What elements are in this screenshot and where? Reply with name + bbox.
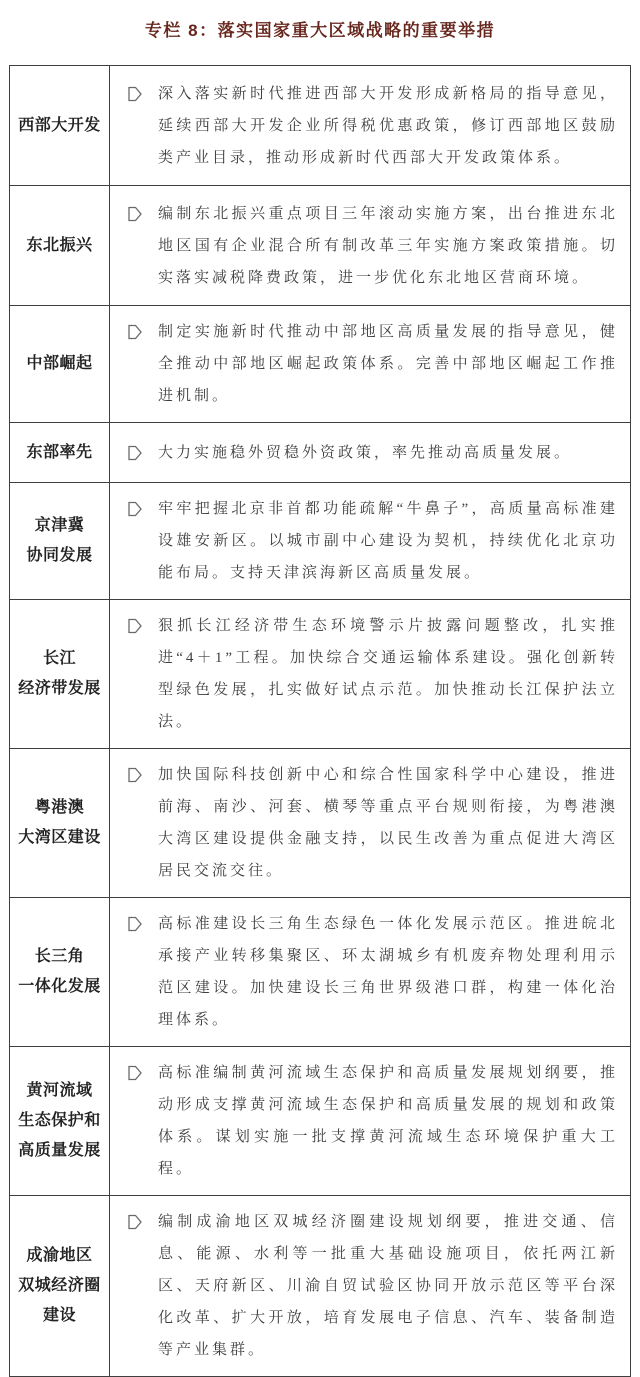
document-page: 专栏 8：落实国家重大区域战略的重要举措 西部大开发 深入落实新时代推进西部大开… [0, 0, 640, 1377]
region-label: 东北振兴 [10, 186, 110, 306]
measure-item: 高标准编制黄河流域生态保护和高质量发展规划纲要，推动形成支撑黄河流域生态保护和高… [120, 1057, 618, 1185]
measure-text: 狠抓长江经济带生态环境警示片披露问题整改，扎实推进“4＋1”工程。加快综合交通运… [158, 610, 618, 738]
measure-item: 制定实施新时代推动中部地区高质量发展的指导意见，健全推动中部地区崛起政策体系。完… [120, 316, 618, 412]
measure-text: 编制成渝地区双城经济圈建设规划纲要，推进交通、信息、能源、水利等一批重大基础设施… [158, 1206, 618, 1366]
table-row: 黄河流域 生态保护和 高质量发展 高标准编制黄河流域生态保护和高质量发展规划纲要… [10, 1047, 631, 1196]
measure-text: 编制东北振兴重点项目三年滚动实施方案，出台推进东北地区国有企业混合所有制改革三年… [158, 198, 618, 294]
region-label: 长三角 一体化发展 [10, 898, 110, 1047]
region-label: 成渝地区 双城经济圈 建设 [10, 1196, 110, 1377]
table-row: 东北振兴 编制东北振兴重点项目三年滚动实施方案，出台推进东北地区国有企业混合所有… [10, 186, 631, 306]
table-row: 中部崛起 制定实施新时代推动中部地区高质量发展的指导意见，健全推动中部地区崛起政… [10, 306, 631, 423]
pentagon-arrow-bullet-icon [128, 445, 142, 461]
page-title: 专栏 8：落实国家重大区域战略的重要举措 [0, 16, 640, 41]
measure-item: 编制东北振兴重点项目三年滚动实施方案，出台推进东北地区国有企业混合所有制改革三年… [120, 198, 618, 294]
region-label: 中部崛起 [10, 306, 110, 423]
table-row: 京津冀 协同发展 牢牢把握北京非首都功能疏解“牛鼻子”，高质量高标准建设雄安新区… [10, 483, 631, 600]
measure-text: 深入落实新时代推进西部大开发形成新格局的指导意见，延续西部大开发企业所得税优惠政… [158, 78, 618, 174]
measure-item: 大力实施稳外贸稳外资政策，率先推动高质量发展。 [120, 437, 618, 469]
measure-text: 大力实施稳外贸稳外资政策，率先推动高质量发展。 [158, 437, 618, 469]
table-row: 西部大开发 深入落实新时代推进西部大开发形成新格局的指导意见，延续西部大开发企业… [10, 66, 631, 186]
measure-text: 制定实施新时代推动中部地区高质量发展的指导意见，健全推动中部地区崛起政策体系。完… [158, 316, 618, 412]
pentagon-arrow-bullet-icon [128, 324, 142, 340]
pentagon-arrow-bullet-icon [128, 501, 142, 517]
pentagon-arrow-bullet-icon [128, 86, 142, 102]
measure-text: 高标准建设长三角生态绿色一体化发展示范区。推进皖北承接产业转移集聚区、环太湖城乡… [158, 908, 618, 1036]
measure-item: 加快国际科技创新中心和综合性国家科学中心建设，推进前海、南沙、河套、横琴等重点平… [120, 759, 618, 887]
table-row: 粤港澳 大湾区建设 加快国际科技创新中心和综合性国家科学中心建设，推进前海、南沙… [10, 749, 631, 898]
region-label: 西部大开发 [10, 66, 110, 186]
measure-text: 牢牢把握北京非首都功能疏解“牛鼻子”，高质量高标准建设雄安新区。以城市副中心建设… [158, 493, 618, 589]
pentagon-arrow-bullet-icon [128, 1065, 142, 1081]
region-label: 黄河流域 生态保护和 高质量发展 [10, 1047, 110, 1196]
measures-table: 西部大开发 深入落实新时代推进西部大开发形成新格局的指导意见，延续西部大开发企业… [9, 65, 631, 1377]
table-row: 长三角 一体化发展 高标准建设长三角生态绿色一体化发展示范区。推进皖北承接产业转… [10, 898, 631, 1047]
measure-text: 高标准编制黄河流域生态保护和高质量发展规划纲要，推动形成支撑黄河流域生态保护和高… [158, 1057, 618, 1185]
measure-item: 牢牢把握北京非首都功能疏解“牛鼻子”，高质量高标准建设雄安新区。以城市副中心建设… [120, 493, 618, 589]
measure-text: 加快国际科技创新中心和综合性国家科学中心建设，推进前海、南沙、河套、横琴等重点平… [158, 759, 618, 887]
pentagon-arrow-bullet-icon [128, 618, 142, 634]
measure-item: 高标准建设长三角生态绿色一体化发展示范区。推进皖北承接产业转移集聚区、环太湖城乡… [120, 908, 618, 1036]
pentagon-arrow-bullet-icon [128, 1214, 142, 1230]
region-label: 京津冀 协同发展 [10, 483, 110, 600]
measure-item: 狠抓长江经济带生态环境警示片披露问题整改，扎实推进“4＋1”工程。加快综合交通运… [120, 610, 618, 738]
region-label: 东部率先 [10, 423, 110, 483]
measure-item: 深入落实新时代推进西部大开发形成新格局的指导意见，延续西部大开发企业所得税优惠政… [120, 78, 618, 174]
table-row: 东部率先 大力实施稳外贸稳外资政策，率先推动高质量发展。 [10, 423, 631, 483]
measure-item: 编制成渝地区双城经济圈建设规划纲要，推进交通、信息、能源、水利等一批重大基础设施… [120, 1206, 618, 1366]
table-row: 成渝地区 双城经济圈 建设 编制成渝地区双城经济圈建设规划纲要，推进交通、信息、… [10, 1196, 631, 1377]
pentagon-arrow-bullet-icon [128, 767, 142, 783]
pentagon-arrow-bullet-icon [128, 206, 142, 222]
table-row: 长江 经济带发展 狠抓长江经济带生态环境警示片披露问题整改，扎实推进“4＋1”工… [10, 600, 631, 749]
region-label: 粤港澳 大湾区建设 [10, 749, 110, 898]
region-label: 长江 经济带发展 [10, 600, 110, 749]
pentagon-arrow-bullet-icon [128, 916, 142, 932]
